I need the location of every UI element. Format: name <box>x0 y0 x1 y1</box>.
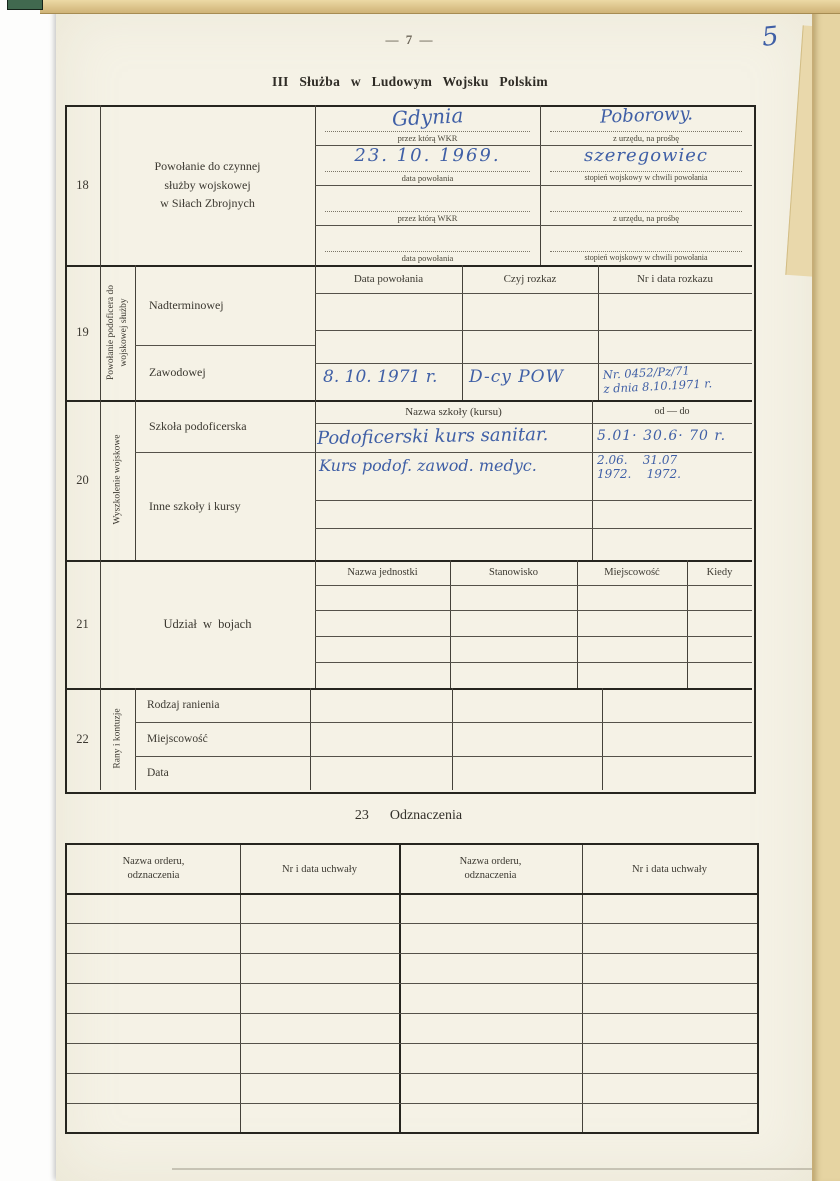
grid-line <box>315 662 752 663</box>
grid-line <box>67 953 757 954</box>
decorations-title-text: Odznaczenia <box>390 808 462 823</box>
row-label-wound-type: Rodzaj ranienia <box>135 688 310 722</box>
handwritten-order-authority: D-cy POW <box>469 367 564 387</box>
handwritten-course1-dates: 5.01· 30.6· 70 r. <box>597 428 726 444</box>
header-order-name: Nazwa orderu, <box>123 855 185 869</box>
grid-line <box>315 400 316 560</box>
caption-rank: stopień wojskowy w chwili powołania <box>540 174 752 183</box>
handwritten-call-up-date: 23. 10. 1969. <box>354 145 500 166</box>
caption-wkr: przez którą WKR <box>315 214 540 223</box>
underlying-page-edge <box>812 0 840 1181</box>
header-order-number-date: Nr i data rozkazu <box>598 265 752 293</box>
grid-line <box>135 756 752 757</box>
grid-line <box>592 400 593 560</box>
header-resolution: Nr i data uchwały <box>240 845 399 893</box>
grid-line <box>135 722 752 723</box>
caption-call-up-date: data powołania <box>315 174 540 183</box>
decorations-table: Nazwa orderu, odznaczenia Nr i data uchw… <box>65 843 759 1134</box>
row-22-wounds: 22 Rany i kontuzje Rodzaj ranienia Miejs… <box>65 688 752 790</box>
call-up-right-column: Poborowy. z urzędu, na prośbę szeregowie… <box>540 105 752 265</box>
row-label-date: Data <box>135 756 310 790</box>
grid-line <box>315 452 752 453</box>
grid-line <box>315 528 752 529</box>
header-resolution: Nr i data uchwały <box>582 845 757 893</box>
scanned-military-record-page: — 7 — 5 III Służba w Ludowym Wojsku Pols… <box>0 0 840 1181</box>
row-label-locality: Miejscowość <box>135 722 310 756</box>
grid-line <box>310 688 311 790</box>
scan-artifact-line <box>172 1168 812 1170</box>
row-label-supernumerary: Nadterminowej <box>135 265 315 345</box>
section-title: III Służba w Ludowym Wojsku Polskim <box>130 74 690 90</box>
handwritten-course2-dates-bottom: 1972. 1972. <box>597 467 681 481</box>
top-page-edge <box>40 0 840 14</box>
grid-line <box>452 688 453 790</box>
handwritten-recruit-status: Poborowy. <box>599 103 693 127</box>
row-18-label-line1: Powołanie do czynnej <box>155 157 261 176</box>
decorations-title-number: 23 <box>355 808 369 823</box>
row-21-battles: 21 Udział w bojach Nazwa jednostki Stano… <box>65 560 752 688</box>
header-locality: Miejscowość <box>577 560 687 585</box>
side-label-wounds: Rany i kontuzje <box>101 688 136 790</box>
row-number: 18 <box>65 105 100 265</box>
grid-line <box>67 893 757 895</box>
caption-rank: stopień wojskowy w chwili powołania <box>540 254 752 263</box>
row-number: 22 <box>65 688 100 790</box>
handwritten-rank: szeregowiec <box>584 145 708 166</box>
grid-line <box>315 330 752 331</box>
grid-line <box>67 983 757 984</box>
row-label-other-schools: Inne szkoły i kursy <box>135 452 315 560</box>
binding-tab <box>7 0 43 10</box>
grid-line <box>315 293 752 294</box>
caption-wkr: przez którą WKR <box>315 134 540 143</box>
row-number: 19 <box>65 265 100 400</box>
grid-line <box>602 688 603 790</box>
grid-line <box>67 1103 757 1104</box>
row-20-military-training: 20 Wyszkolenie wojskowe Szkoła podoficer… <box>65 400 752 560</box>
grid-line <box>315 636 752 637</box>
header-from-to: od — do <box>592 400 752 423</box>
header-order-name2: odznaczenia <box>128 869 180 883</box>
row-label-professional: Zawodowej <box>135 345 315 400</box>
caption-request: z urzędu, na prośbę <box>540 134 752 143</box>
header-order-name2: odznaczenia <box>465 869 517 883</box>
header-call-up-date: Data powołania <box>315 265 462 293</box>
decorations-title: 23 Odznaczenia <box>65 808 752 824</box>
header-whose-order: Czyj rozkaz <box>462 265 598 293</box>
side-label-military-training: Wyszkolenie wojskowe <box>101 400 136 560</box>
row-18-call-up: 18 Powołanie do czynnej służby wojskowej… <box>65 105 752 265</box>
grid-line <box>67 1013 757 1014</box>
caption-request: z urzędu, na prośbę <box>540 214 752 223</box>
handwritten-course2-name: Kurs podof. zawod. medyc. <box>319 456 537 475</box>
header-unit-name: Nazwa jednostki <box>315 560 450 585</box>
header-order-name: Nazwa orderu, <box>460 855 522 869</box>
row-21-label: Udział w bojach <box>100 560 315 688</box>
header-when: Kiedy <box>687 560 752 585</box>
handwritten-folio-number: 5 <box>760 21 780 53</box>
row-number: 20 <box>65 400 100 560</box>
grid-line <box>67 1073 757 1074</box>
grid-line <box>315 610 752 611</box>
handwritten-wkr-city: Gdynia <box>391 103 463 131</box>
row-label-nco-school: Szkoła podoficerska <box>135 400 315 452</box>
row-19-nco-call-up: 19 Powołanie podoficera do wojskowej słu… <box>65 265 752 400</box>
page-number: — 7 — <box>370 32 450 48</box>
header-school-name: Nazwa szkoły (kursu) <box>315 400 592 423</box>
grid-line <box>315 500 752 501</box>
call-up-left-column: Gdynia przez którą WKR 23. 10. 1969. dat… <box>315 105 540 265</box>
grid-line <box>67 1043 757 1044</box>
handwritten-professional-date: 8. 10. 1971 r. <box>323 367 437 387</box>
grid-line <box>67 923 757 924</box>
caption-call-up-date: data powołania <box>315 254 540 263</box>
grid-line <box>315 585 752 586</box>
side-label-nco-call-up: Powołanie podoficera do wojskowej służby <box>100 265 135 400</box>
row-18-label-line3: w Siłach Zbrojnych <box>160 194 255 213</box>
row-18-label-line2: służby wojskowej <box>164 176 250 195</box>
row-number: 21 <box>65 560 100 688</box>
handwritten-course1-name: Podoficerski kurs sanitar. <box>317 424 549 449</box>
handwritten-course2-dates-top: 2.06. 31.07 <box>597 453 681 467</box>
header-position: Stanowisko <box>450 560 577 585</box>
